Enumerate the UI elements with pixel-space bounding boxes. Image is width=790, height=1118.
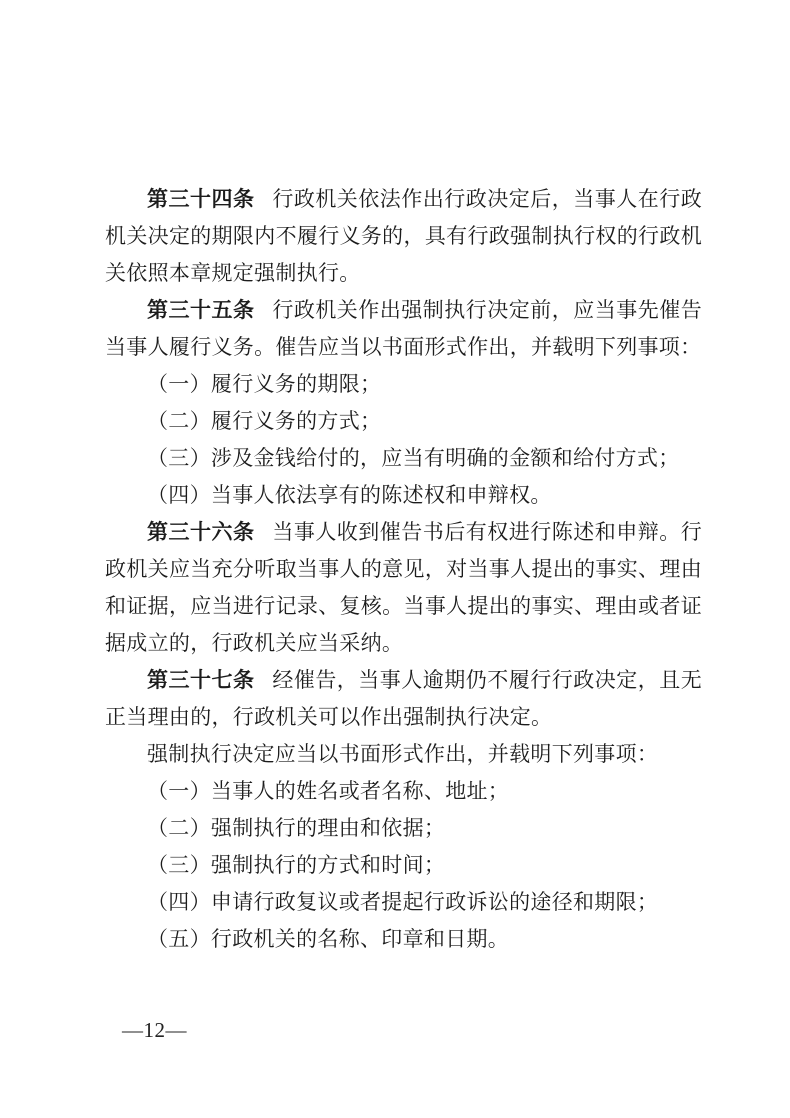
article-37-item-1: （一）当事人的姓名或者名称、地址； bbox=[105, 773, 702, 810]
article-36-paragraph: 第三十六条当事人收到催告书后有权进行陈述和申辩。行政机关应当充分听取当事人的意见… bbox=[105, 514, 702, 662]
document-page: 第三十四条行政机关依法作出行政决定后，当事人在行政机关决定的期限内不履行义务的，… bbox=[0, 0, 790, 1118]
article-35-item-3: （三）涉及金钱给付的，应当有明确的金额和给付方式； bbox=[105, 440, 702, 477]
article-37-paragraph-2: 强制执行决定应当以书面形式作出，并载明下列事项： bbox=[105, 736, 702, 773]
article-37-number: 第三十七条 bbox=[147, 669, 254, 692]
article-35-item-4: （四）当事人依法享有的陈述权和申辩权。 bbox=[105, 477, 702, 514]
article-35-item-2: （二）履行义务的方式； bbox=[105, 403, 702, 440]
article-34-paragraph: 第三十四条行政机关依法作出行政决定后，当事人在行政机关决定的期限内不履行义务的，… bbox=[105, 181, 702, 292]
article-37-item-3: （三）强制执行的方式和时间； bbox=[105, 847, 702, 884]
article-37-item-5: （五）行政机关的名称、印章和日期。 bbox=[105, 921, 702, 958]
article-36-number: 第三十六条 bbox=[147, 521, 254, 544]
article-35-paragraph: 第三十五条行政机关作出强制执行决定前，应当事先催告当事人履行义务。催告应当以书面… bbox=[105, 292, 702, 366]
article-34-number: 第三十四条 bbox=[147, 188, 254, 211]
article-37-item-4: （四）申请行政复议或者提起行政诉讼的途径和期限； bbox=[105, 884, 702, 921]
document-body: 第三十四条行政机关依法作出行政决定后，当事人在行政机关决定的期限内不履行义务的，… bbox=[105, 181, 702, 958]
page-number: —12— bbox=[122, 1016, 187, 1044]
article-37-paragraph: 第三十七条经催告，当事人逾期仍不履行行政决定，且无正当理由的，行政机关可以作出强… bbox=[105, 662, 702, 736]
article-35-number: 第三十五条 bbox=[147, 299, 254, 322]
article-37-item-2: （二）强制执行的理由和依据； bbox=[105, 810, 702, 847]
article-35-item-1: （一）履行义务的期限； bbox=[105, 366, 702, 403]
